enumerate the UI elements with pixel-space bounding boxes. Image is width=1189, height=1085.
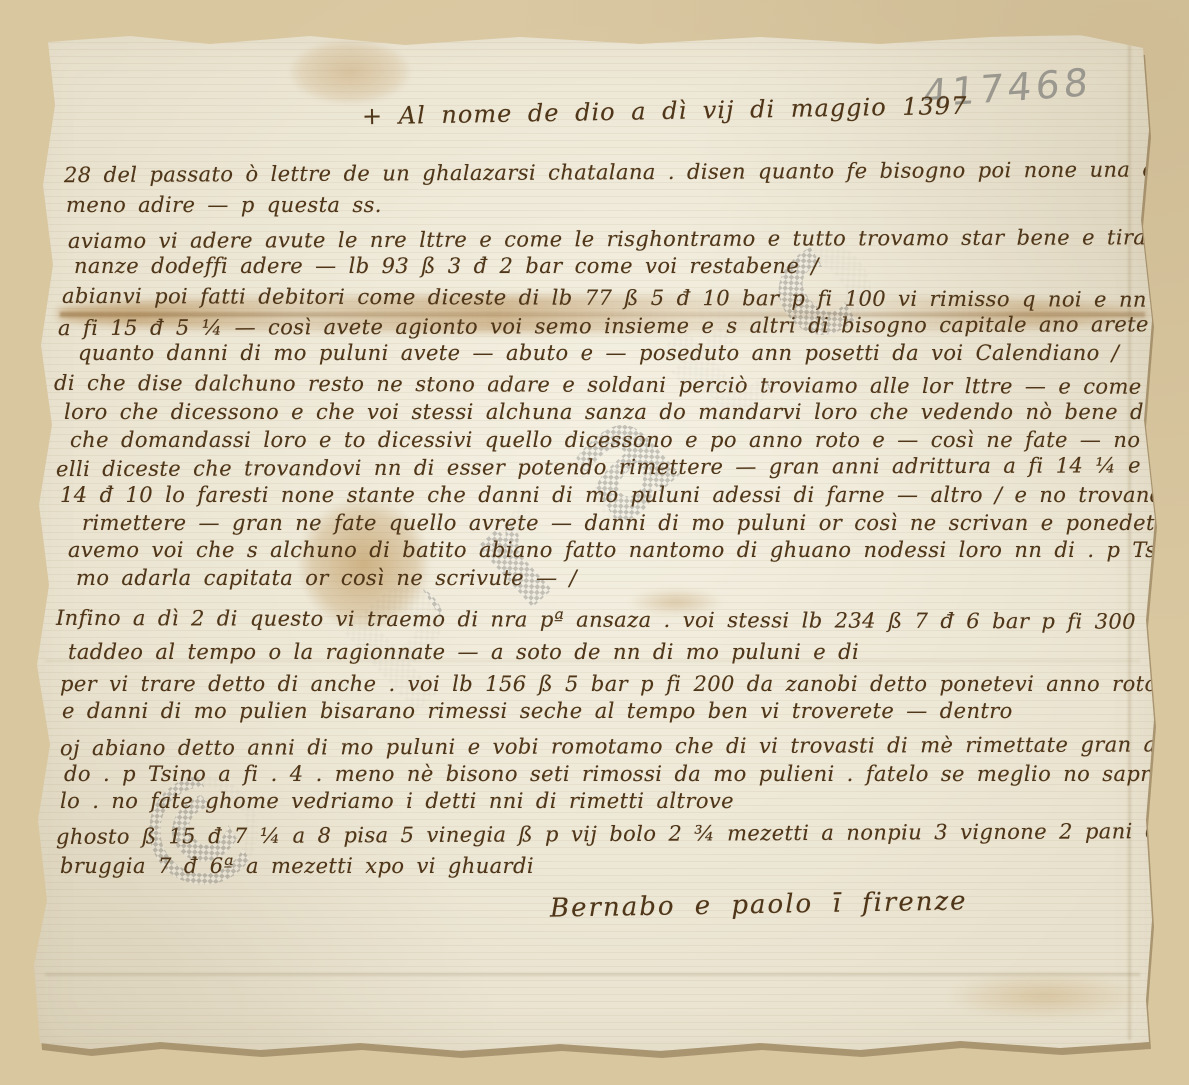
stain-bottom-right [948, 972, 1143, 1020]
manuscript-line-14: avemo voi che s alchuno di batito abiano… [68, 538, 1189, 562]
manuscript-line-12: 14 đ 10 lo faresti none stante che danni… [60, 483, 1189, 507]
manuscript-line-16: Infino a dì 2 di questo vi traemo di nra… [56, 606, 1189, 634]
manuscript-line-24: bruggia 7 đ 6ª a mezetti xpo vi ghuardi [60, 854, 534, 878]
manuscript-line-10: che domandassi loro e to dicessivi quell… [70, 428, 1189, 452]
manuscript-line-3: aviamo vi adere avute le nre lttre e com… [68, 225, 1189, 253]
manuscript-line-19: e danni di mo pulien bisarano rimessi se… [62, 699, 1013, 723]
manuscript-line-6: a fi 15 đ 5 ¼ — così avete agionto voi s… [58, 312, 1189, 340]
manuscript-line-4: nanze dodeffi adere — lb 93 ß 3 đ 2 bar … [74, 254, 819, 278]
manuscript-line-15: mo adarla capitata or così ne scrivute —… [76, 566, 577, 590]
manuscript-line-9: loro che dicessono e che voi stessi alch… [64, 400, 1189, 424]
letter-heading-date-line: + Al nome de dio a dì vij di maggio 1397 [362, 92, 968, 131]
paper-sheet: © Prato 417468 + Al nome de dio a dì vij… [0, 0, 1189, 1085]
horizontal-fold-line-lower [45, 973, 1140, 976]
manuscript-line-13: rimettere — gran ne fate quello avrete —… [82, 511, 1189, 535]
manuscript-line-1: 28 del passato ò lettre de un ghalazarsi… [64, 157, 1189, 187]
manuscript-line-21: do . p Tsino a fi . 4 . meno nè bisono s… [64, 762, 1189, 786]
manuscript-line-2: meno adire — p questa ss. [66, 193, 382, 217]
manuscript-line-8: di che dise dalchuno resto ne stono adar… [54, 371, 1189, 399]
manuscript-line-7: quanto danni di mo puluni avete — abuto … [78, 341, 1119, 365]
manuscript-line-20: oj abiano detto anni di mo puluni e vobi… [60, 732, 1189, 761]
signature-line: Bernabo e paolo ī firenze [550, 886, 968, 923]
scanned-letter-page: { "colors": { "mount": "#d9c7a0", "paper… [0, 0, 1189, 1085]
stain-top-center [290, 40, 410, 104]
manuscript-line-22: lo . no fate ghome vedriamo i detti nni … [60, 789, 734, 813]
manuscript-line-23: ghosto ß 15 đ 7 ¼ a 8 pisa 5 vinegia ß p… [56, 819, 1159, 849]
manuscript-line-17: taddeo al tempo o la ragionnate — a soto… [68, 640, 859, 664]
manuscript-line-11: elli diceste che trovandovi nn di esser … [56, 453, 1189, 481]
manuscript-line-18: per vi trare detto di anche . voi lb 156… [60, 672, 1189, 696]
manuscript-line-5: abianvi poi fatti debitori come diceste … [62, 284, 1189, 312]
